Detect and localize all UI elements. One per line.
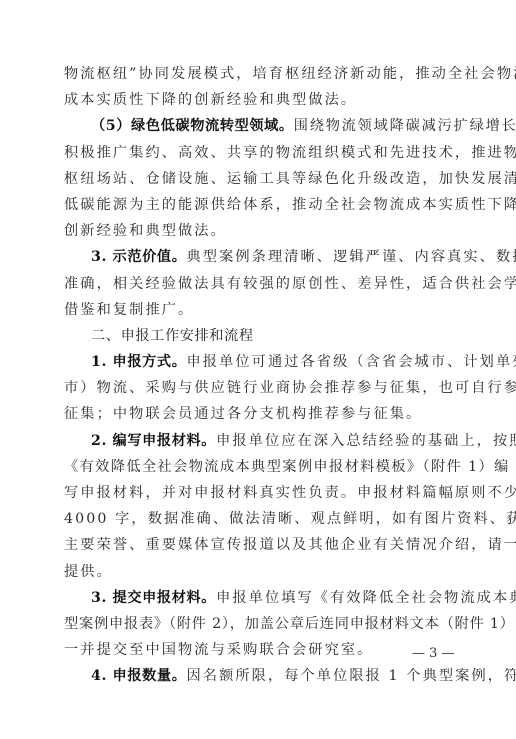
text-line: 枢纽场站、仓储设施、运输工具等绿色化升级改造，加快发展清洁 [64, 166, 452, 192]
text-span: 典型案例条理清晰、逻辑严谨、内容真实、数据 [187, 249, 516, 265]
document-page: 物流枢纽”协同发展模式，培育枢纽经济新动能，推动全社会物流 成本实质性下降的创新… [64, 61, 452, 690]
text-line: 4000 字，数据准确、做法清晰、观点鲜明，如有图片资料、获得的 [64, 506, 452, 532]
text-line: 积极推广集约、高效、共享的物流组织模式和先进技术，推进物流 [64, 140, 452, 166]
section-lead: （5）绿色低碳物流转型领域。 [91, 118, 294, 134]
paragraph-first-line: （5）绿色低碳物流转型领域。围绕物流领域降碳减污扩绿增长， [64, 113, 452, 139]
text-line: 写申报材料，并对申报材料真实性负责。申报材料篇幅原则不少于 [64, 480, 452, 506]
text-line: 《有效降低全社会物流成本典型案例申报材料模板》（附件 1）编 [64, 454, 452, 480]
text-line: 提供。 [64, 559, 452, 585]
text-line: 创新经验和典型做法。 [64, 218, 452, 244]
page-number: — 3 — [412, 646, 455, 661]
paragraph-first-line: 4. 申报数量。因名额所限，每个单位限报 1 个典型案例，符合 [64, 663, 452, 689]
text-span: 围绕物流领域降碳减污扩绿增长， [294, 118, 516, 134]
text-span: 申报单位可通过各省级（含省会城市、计划单列 [187, 354, 516, 370]
text-line: 准确，相关经验做法具有较强的原创性、差异性，适合供社会学习 [64, 271, 452, 297]
text-line: 物流枢纽”协同发展模式，培育枢纽经济新动能，推动全社会物流 [64, 61, 452, 87]
section-lead: 4. 申报数量。 [91, 668, 187, 684]
section-lead: 3. 示范价值。 [91, 249, 187, 265]
paragraph-first-line: 1. 申报方式。申报单位可通过各省级（含省会城市、计划单列 [64, 349, 452, 375]
paragraph-first-line: 3. 示范价值。典型案例条理清晰、逻辑严谨、内容真实、数据 [64, 244, 452, 270]
text-line: 市）物流、采购与供应链行业商协会推荐参与征集，也可自行参与 [64, 375, 452, 401]
paragraph-first-line: 3. 提交申报材料。申报单位填写《有效降低全社会物流成本典 [64, 585, 452, 611]
text-line: 一并提交至中国物流与采购联合会研究室。 [64, 637, 452, 663]
paragraph-first-line: 2. 编写申报材料。申报单位应在深入总结经验的基础上，按照 [64, 428, 452, 454]
section-lead: 1. 申报方式。 [91, 354, 187, 370]
text-span: 申报单位填写《有效降低全社会物流成本典 [216, 590, 516, 606]
text-span: 因名额所限，每个单位限报 1 个典型案例，符合 [187, 668, 516, 684]
text-line: 主要荣誉、重要媒体宣传报道以及其他企业有关情况介绍，请一并 [64, 532, 452, 558]
section-heading: 二、申报工作安排和流程 [64, 323, 452, 349]
text-line: 型案例申报表》（附件 2），加盖公章后连同申报材料文本（附件 1） [64, 611, 452, 637]
text-line: 征集；中物联会员通过各分支机构推荐参与征集。 [64, 401, 452, 427]
section-lead: 2. 编写申报材料。 [91, 433, 216, 449]
text-line: 借鉴和复制推广。 [64, 297, 452, 323]
text-span: 申报单位应在深入总结经验的基础上，按照 [216, 433, 516, 449]
text-line: 低碳能源为主的能源供给体系，推动全社会物流成本实质性下降的 [64, 192, 452, 218]
text-line: 成本实质性下降的创新经验和典型做法。 [64, 87, 452, 113]
section-lead: 3. 提交申报材料。 [91, 590, 216, 606]
